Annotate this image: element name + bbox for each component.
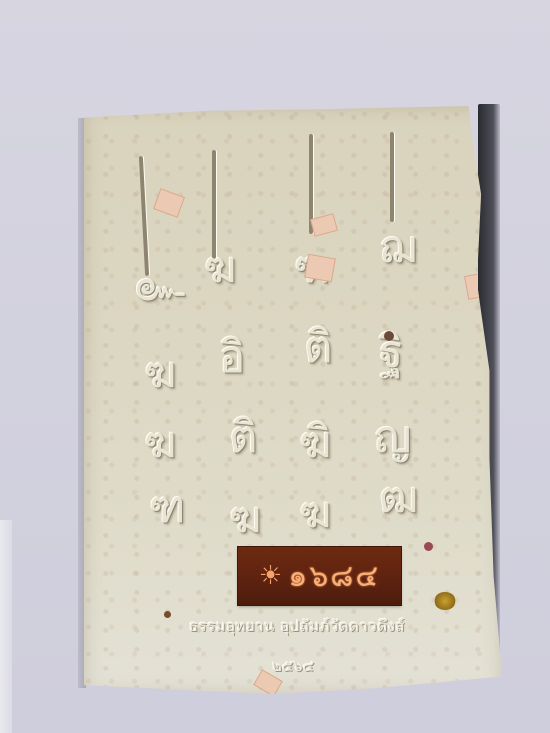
speck	[424, 542, 433, 551]
copper-plate: ☀ ๑๖๘๔	[238, 547, 401, 605]
amulet-tablet: ๛ ฆ ฑ ฌ ฆ อิ ติ ฐิ ฆ ติ ฆิ ญ ฑ ฆ ฆ ฒ ☀ ๑…	[84, 106, 502, 694]
gold-leaf	[434, 592, 456, 610]
yantra-glyph: ฆ	[144, 421, 177, 465]
yantra-glyph: ๛	[134, 264, 185, 308]
yantra-glyph: ฆ	[229, 496, 262, 540]
year-inscription: ๒๕๖๔	[84, 654, 502, 678]
plate-number: ๑๖๘๔	[288, 553, 380, 600]
yantra-glyph: ติ	[304, 326, 333, 370]
yantra-glyph: ฒ	[379, 476, 419, 520]
yantra-glyph: ฆ	[144, 351, 177, 395]
yantra-glyph: ติ	[229, 416, 258, 460]
yantra-glyph: ญ	[374, 416, 412, 460]
yantra-glyph: ฑ	[149, 486, 186, 530]
yantra-glyph: ฌ	[379, 226, 417, 270]
yantra-script: ๛ ฆ ฑ ฌ ฆ อิ ติ ฐิ ฆ ติ ฆิ ญ ฑ ฆ ฆ ฒ	[134, 146, 464, 546]
yantra-glyph: ฆ	[299, 491, 332, 535]
yantra-glyph: ฆิ	[299, 421, 332, 465]
sun-icon: ☀	[259, 561, 282, 591]
yantra-glyph: อิ	[219, 336, 245, 380]
temple-inscription: ธรรมอุทยาน อุปถัมภ์วัดดาวดึงส์	[112, 614, 482, 638]
wall-edge	[0, 520, 12, 733]
paper-chip	[304, 254, 336, 282]
yantra-glyph: ฆ	[204, 246, 237, 290]
speck	[384, 331, 394, 341]
